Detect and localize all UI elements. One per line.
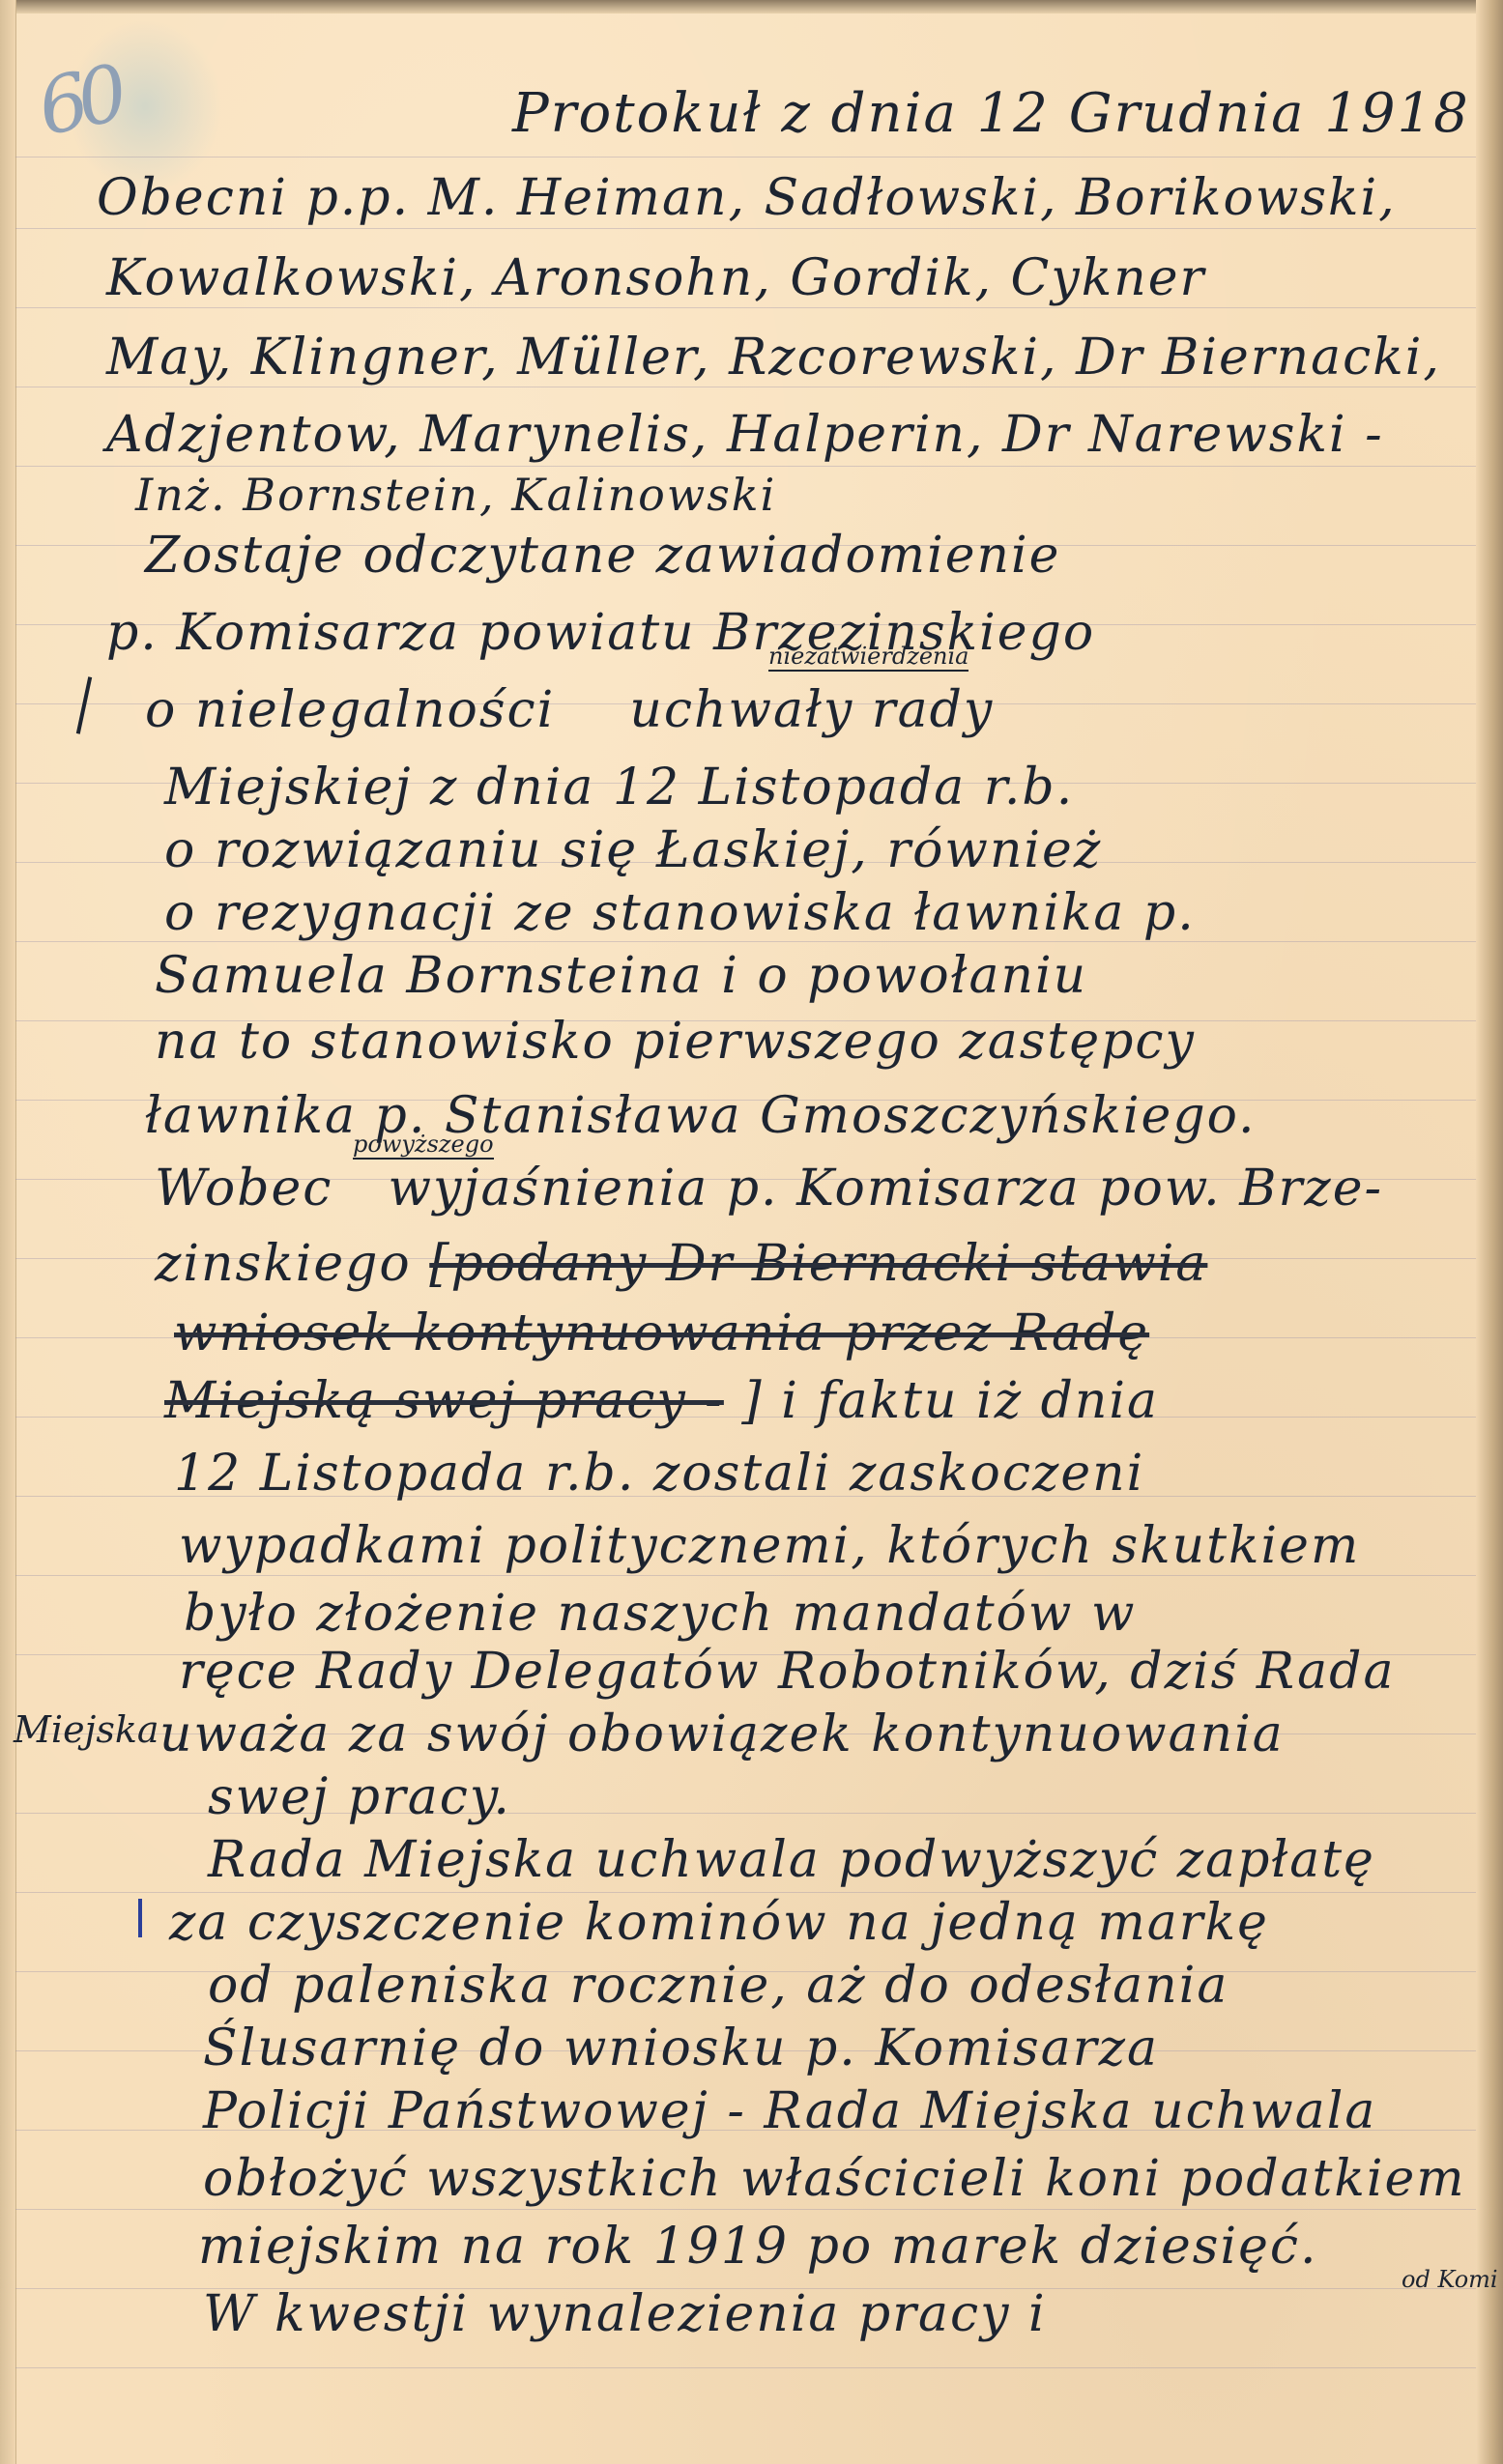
text-line-16: zinskiego [podany Dr Biernacki stawia — [155, 1235, 1207, 1293]
text-line-8: o nielegalności uchwały rady — [145, 681, 994, 739]
text-line-5: Inż. Bornstein, Kalinowski — [135, 469, 776, 521]
ruled-line — [15, 387, 1476, 387]
text-line-15-rest: wyjaśnienia p. Komisarza pow. Brze- — [388, 1160, 1383, 1218]
text-line-13: na to stanowisko pierwszego zastępcy — [155, 1013, 1196, 1071]
text-line-3: May, Klingner, Müller, Rzcorewski, Dr Bi… — [106, 329, 1441, 387]
ruled-line — [15, 307, 1476, 308]
page-top-edge — [0, 0, 1503, 14]
struck-line: wniosek kontynuowania przez Radę — [174, 1304, 1149, 1362]
text-line-12: Samuela Bornsteina i o powołaniu — [155, 947, 1087, 1005]
text-line-6: Zostaje odczytane zawiadomienie — [145, 527, 1060, 585]
ruled-line — [15, 466, 1476, 467]
page-left-edge — [0, 0, 16, 2464]
ruled-line — [15, 1575, 1476, 1576]
manuscript-page: 60 Protokuł z dnia 12 Grudnia 1918 Obecn… — [0, 0, 1503, 2464]
ruled-line — [15, 1892, 1476, 1893]
text-line-28: Ślusarnię do wniosku p. Komisarza — [203, 2020, 1159, 2077]
text-line-4: Adzjentow, Marynelis, Halperin, Dr Narew… — [106, 406, 1384, 464]
text-line-24: swej pracy. — [208, 1768, 511, 1826]
struck-text: Miejską swej pracy - — [164, 1372, 724, 1430]
text-line-26: za czyszczenie kominów na jedną markę — [169, 1894, 1269, 1952]
margin-mark — [76, 676, 92, 734]
interlinear-insertion: niezatwierdzenia — [768, 643, 968, 672]
text-line-14: ławnika p. Stanisława Gmoszczyńskiego. — [145, 1087, 1257, 1145]
text-line-8-rest: uchwały rady — [629, 681, 994, 739]
ruled-line — [15, 2367, 1476, 2368]
text-line-2: Kowalkowski, Aronsohn, Gordik, Cykner — [106, 249, 1205, 307]
text-line-30: obłożyć wszystkich właścicieli koni poda… — [203, 2150, 1466, 2208]
text-line-18-rest: ] i faktu iż dnia — [741, 1372, 1159, 1430]
text-line-9: Miejskiej z dnia 12 Listopada r.b. — [164, 759, 1074, 817]
text-line-18: Miejską swej pracy - ] i faktu iż dnia — [164, 1372, 1159, 1430]
text-line-11: o rezygnacji ze stanowiska ławnika p. — [164, 884, 1196, 942]
text-line-15: Wobec wyjaśnienia p. Komisarza pow. Brze… — [155, 1160, 1383, 1218]
text-line-25: Rada Miejska uchwala podwyższyć zapłatę — [208, 1831, 1375, 1889]
text-line-27: od paleniska rocznie, aż do odesłania — [208, 1957, 1228, 2015]
struck-text: [podany Dr Biernacki stawia — [429, 1235, 1207, 1293]
protocol-title: Protokuł z dnia 12 Grudnia 1918 — [512, 82, 1470, 145]
text-line-8-prefix: o nielegalności — [145, 681, 555, 739]
text-line-22: ręce Rady Delegatów Robotników, dziś Rad… — [179, 1643, 1395, 1701]
text-line-21: było złożenie naszych mandatów w — [184, 1585, 1136, 1643]
text-line-15-prefix: Wobec — [155, 1160, 332, 1218]
interlinear-insertion: powyższego — [353, 1131, 494, 1160]
text-line-16-start: zinskiego — [155, 1235, 412, 1293]
ruled-line — [15, 2209, 1476, 2210]
text-line-10: o rozwiązaniu się Łaskiej, również — [164, 821, 1102, 879]
text-line-19: 12 Listopada r.b. zostali zaskoczeni — [174, 1445, 1144, 1503]
ruled-line — [15, 157, 1476, 158]
interlinear-insertion: od Komi — [1402, 2266, 1498, 2293]
text-line-23: uważa za swój obowiązek kontynuowania — [159, 1705, 1285, 1763]
text-line-20: wypadkami politycznemi, których skutkiem — [179, 1517, 1360, 1575]
text-line-29: Policji Państwowej - Rada Miejska uchwal… — [203, 2082, 1376, 2140]
page-binding-edge — [1476, 0, 1503, 2464]
text-line-31: miejskim na rok 1919 po marek dziesięć. — [198, 2218, 1318, 2276]
margin-note: Miejska — [14, 1708, 159, 1751]
text-line-32: W kwestji wynalezienia pracy i — [203, 2285, 1047, 2343]
ruled-line — [15, 228, 1476, 229]
text-line-1: Obecni p.p. M. Heiman, Sadłowski, Boriko… — [97, 169, 1397, 227]
blue-margin-mark — [138, 1899, 142, 1937]
